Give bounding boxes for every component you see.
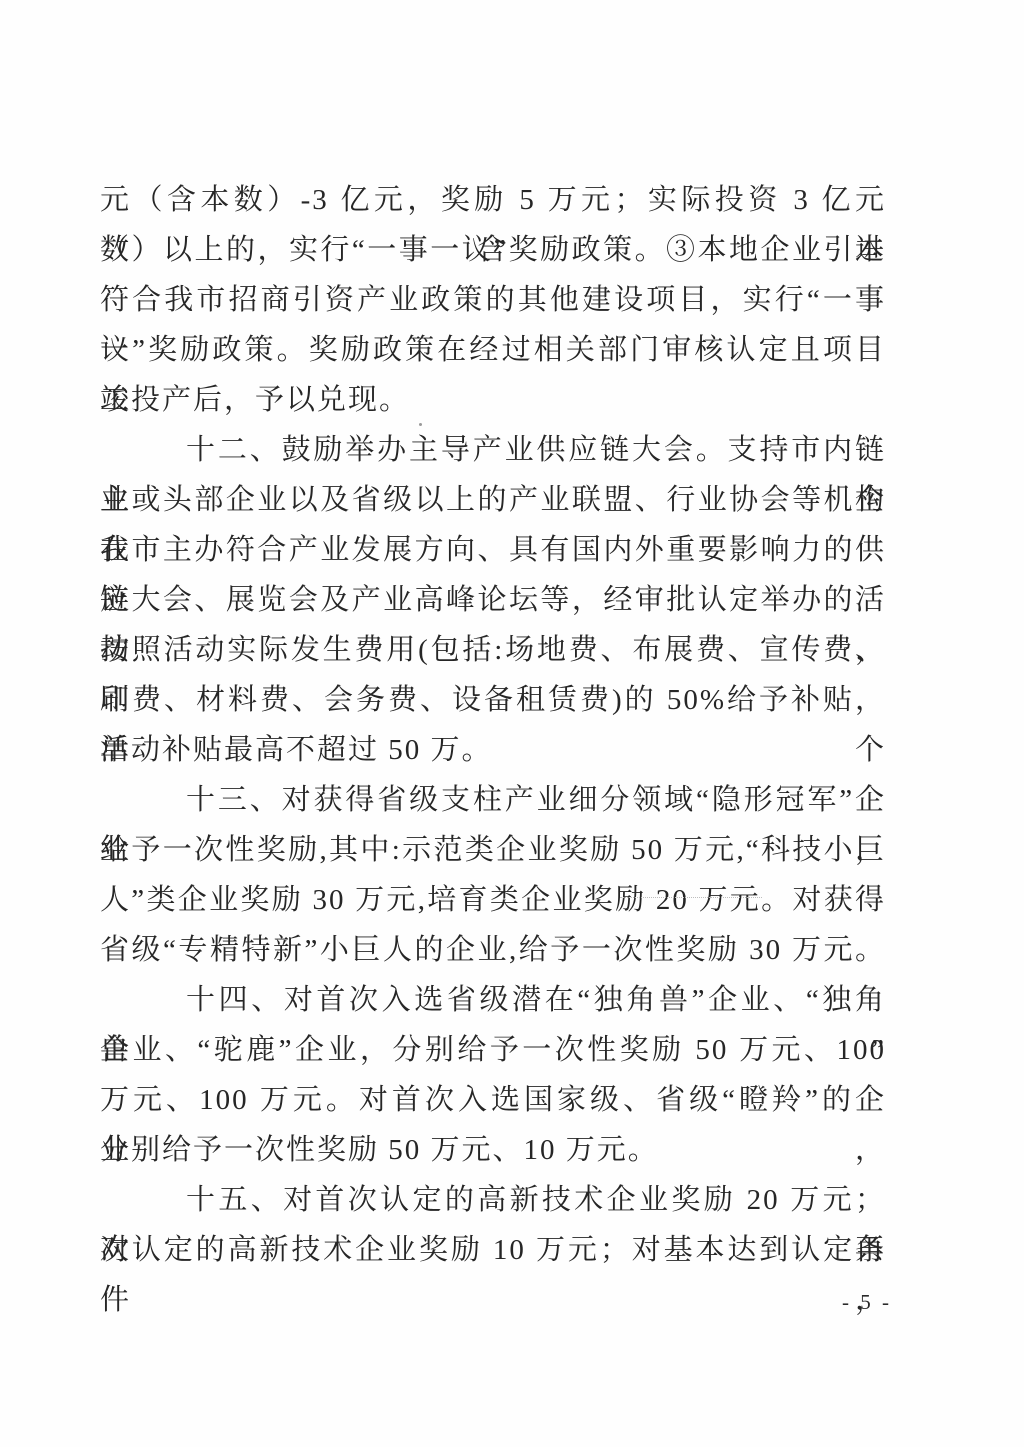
text-line: 数）以上的，实行“一事一议”奖励政策。③本地企业引进	[100, 225, 886, 275]
document-page: 元（含本数）-3 亿元，奖励 5 万元；实际投资 3 亿元（含本数）以上的，实行…	[0, 0, 1024, 1447]
text-line: 企业、“驼鹿”企业，分别给予一次性奖励 50 万元、100	[100, 1025, 886, 1075]
text-line: 按照活动实际发生费用(包括:场地费、布展费、宣传费、印	[100, 625, 886, 675]
scan-artifact-dotted-line	[620, 897, 762, 898]
text-line: 工投产后，予以兑现。	[100, 375, 886, 425]
text-line: 符合我市招商引资产业政策的其他建设项目，实行“一事一	[100, 275, 886, 325]
text-line: 次认定的高新技术企业奖励 10 万元；对基本达到认定条件，	[100, 1225, 886, 1275]
document-body: 元（含本数）-3 亿元，奖励 5 万元；实际投资 3 亿元（含本数）以上的，实行…	[100, 175, 886, 1275]
text-line: 我市主办符合产业发展方向、具有国内外重要影响力的供应	[100, 525, 886, 575]
text-line: 元（含本数）-3 亿元，奖励 5 万元；实际投资 3 亿元（含本	[100, 175, 886, 225]
text-line: 给予一次性奖励,其中:示范类企业奖励 50 万元,“科技小巨	[100, 825, 886, 875]
text-line: 十三、对获得省级支柱产业细分领域“隐形冠军”企业，	[100, 775, 886, 825]
text-line: 议”奖励政策。奖励政策在经过相关部门审核认定且项目竣	[100, 325, 886, 375]
text-line: 业或头部企业以及省级以上的产业联盟、行业协会等机构在	[100, 475, 886, 525]
text-line: 省级“专精特新”小巨人的企业,给予一次性奖励 30 万元。	[100, 925, 886, 975]
text-line: 人”类企业奖励 30 万元,培育类企业奖励 20 万元。对获得	[100, 875, 886, 925]
text-line: 链大会、展览会及产业高峰论坛等，经审批认定举办的活动，	[100, 575, 886, 625]
text-line: 十二、鼓励举办主导产业供应链大会。支持市内链主企	[100, 425, 886, 475]
scan-artifact-dot	[419, 423, 422, 426]
text-line: 刷费、材料费、会务费、设备租赁费)的 50%给予补贴，单个	[100, 675, 886, 725]
text-line: 十五、对首次认定的高新技术企业奖励 20 万元；对再	[100, 1175, 886, 1225]
text-line: 十四、对首次入选省级潜在“独角兽”企业、“独角兽”	[100, 975, 886, 1025]
text-line: 万元、100 万元。对首次入选国家级、省级“瞪羚”的企业，	[100, 1075, 886, 1125]
page-number: - 5 -	[842, 1290, 892, 1315]
